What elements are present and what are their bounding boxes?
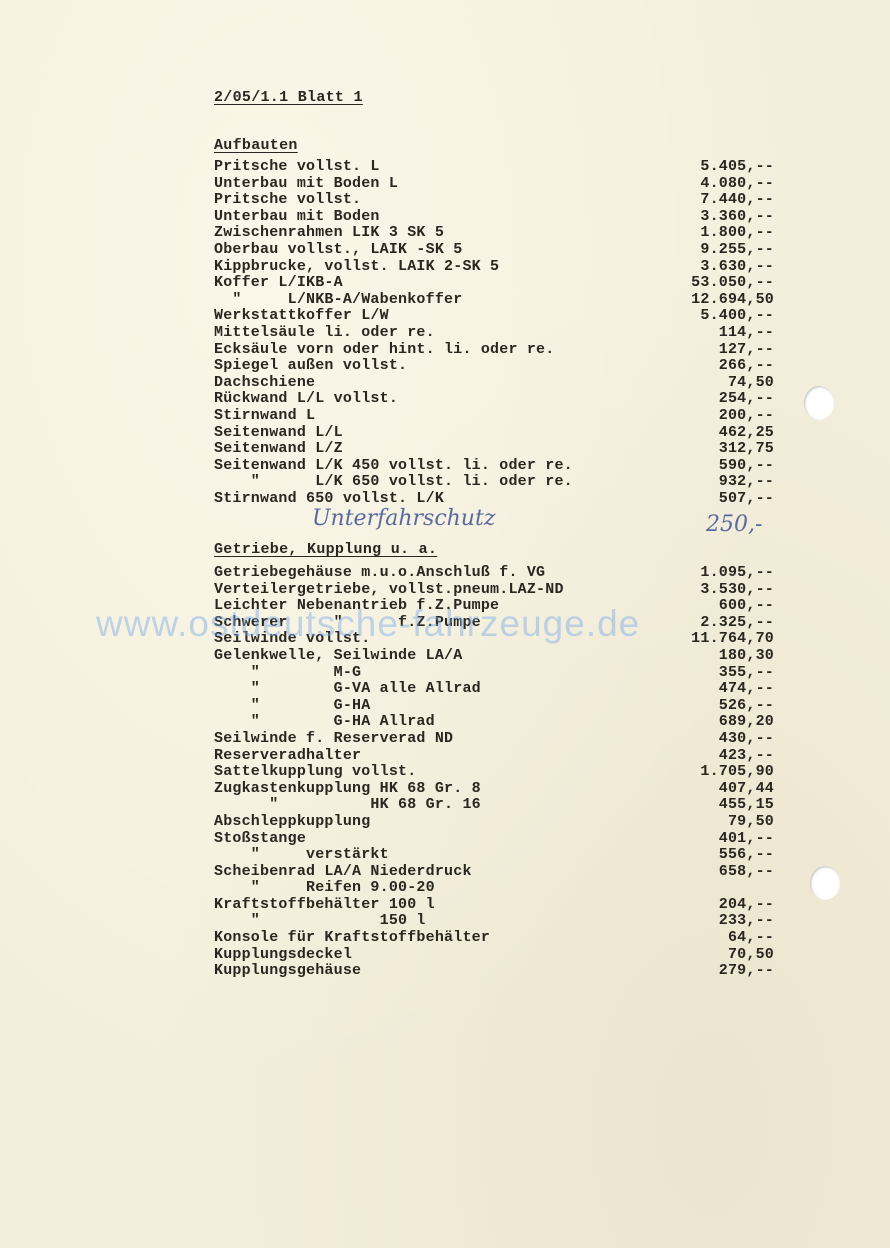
list-item: Oberbau vollst., LAIK -SK 59.255,-- [214, 242, 774, 259]
punch-hole-bottom [810, 866, 840, 900]
item-price: 204,-- [719, 897, 774, 914]
item-price: 3.530,-- [700, 582, 774, 599]
item-price: 127,-- [719, 342, 774, 359]
item-description: Pritsche vollst. L [214, 159, 380, 176]
list-item: " L/NKB-A/Wabenkoffer12.694,50 [214, 292, 774, 309]
list-item: Seitenwand L/L462,25 [214, 425, 774, 442]
list-item: Zugkastenkupplung HK 68 Gr. 8407,44 [214, 781, 774, 798]
list-item: Stirnwand 650 vollst. L/K507,-- [214, 491, 774, 508]
item-description: Kupplungsgehäuse [214, 963, 361, 980]
item-price: 312,75 [719, 441, 774, 458]
list-item: Unterbau mit Boden3.360,-- [214, 209, 774, 226]
item-description: Spiegel außen vollst. [214, 358, 407, 375]
item-description: " verstärkt [214, 847, 389, 864]
list-item: Pritsche vollst. L5.405,-- [214, 159, 774, 176]
list-item: Dachschiene74,50 [214, 375, 774, 392]
item-price: 689,20 [719, 714, 774, 731]
list-item: Kippbrucke, vollst. LAIK 2-SK 53.630,-- [214, 259, 774, 276]
item-description: Koffer L/IKB-A [214, 275, 343, 292]
item-description: Scheibenrad LA/A Niederdruck [214, 864, 472, 881]
list-item: Seitenwand L/Z312,75 [214, 441, 774, 458]
item-description: Ecksäule vorn oder hint. li. oder re. [214, 342, 554, 359]
list-item: " 150 l233,-- [214, 913, 774, 930]
list-item: Kraftstoffbehälter 100 l204,-- [214, 897, 774, 914]
list-item: " HK 68 Gr. 16455,15 [214, 797, 774, 814]
item-description: Stirnwand 650 vollst. L/K [214, 491, 444, 508]
list-item: Seitenwand L/K 450 vollst. li. oder re.5… [214, 458, 774, 475]
item-price: 430,-- [719, 731, 774, 748]
list-item: Stirnwand L200,-- [214, 408, 774, 425]
list-item: " L/K 650 vollst. li. oder re.932,-- [214, 474, 774, 491]
item-description: Getriebegehäuse m.u.o.Anschluß f. VG [214, 565, 545, 582]
item-description: " G-VA alle Allrad [214, 681, 481, 698]
watermark: www.ostdeutsche-fahrzeuge.de [96, 603, 640, 645]
item-price: 254,-- [719, 391, 774, 408]
item-price: 462,25 [719, 425, 774, 442]
item-description: Kupplungsdeckel [214, 947, 352, 964]
item-description: Pritsche vollst. [214, 192, 361, 209]
item-price: 507,-- [719, 491, 774, 508]
item-description: Reserveradhalter [214, 748, 361, 765]
list-item: Seilwinde f. Reserverad ND430,-- [214, 731, 774, 748]
item-description: Unterbau mit Boden [214, 209, 380, 226]
item-description: " M-G [214, 665, 361, 682]
item-description: " G-HA Allrad [214, 714, 435, 731]
item-description: Seitenwand L/K 450 vollst. li. oder re. [214, 458, 573, 475]
list-item: " Reifen 9.00-20 [214, 880, 774, 897]
list-item: Rückwand L/L vollst.254,-- [214, 391, 774, 408]
item-price: 1.095,-- [700, 565, 774, 582]
item-price: 11.764,70 [691, 631, 774, 648]
list-item: " G-HA526,-- [214, 698, 774, 715]
item-price: 180,30 [719, 648, 774, 665]
item-description: " Reifen 9.00-20 [214, 880, 435, 897]
item-price: 590,-- [719, 458, 774, 475]
item-price: 423,-- [719, 748, 774, 765]
item-description: Kippbrucke, vollst. LAIK 2-SK 5 [214, 259, 499, 276]
item-price: 5.400,-- [700, 308, 774, 325]
list-item: Pritsche vollst.7.440,-- [214, 192, 774, 209]
item-description: Verteilergetriebe, vollst.pneum.LAZ-ND [214, 582, 564, 599]
section-heading-getriebe: Getriebe, Kupplung u. a. [214, 541, 437, 558]
item-price: 401,-- [719, 831, 774, 848]
item-price: 53.050,-- [691, 275, 774, 292]
item-price: 12.694,50 [691, 292, 774, 309]
item-description: Zugkastenkupplung HK 68 Gr. 8 [214, 781, 481, 798]
item-description: Unterbau mit Boden L [214, 176, 398, 193]
list-item: Unterbau mit Boden L4.080,-- [214, 176, 774, 193]
item-description: Stirnwand L [214, 408, 315, 425]
item-price: 455,15 [719, 797, 774, 814]
list-item: Spiegel außen vollst.266,-- [214, 358, 774, 375]
list-item: Stoßstange401,-- [214, 831, 774, 848]
list-item: Gelenkwelle, Seilwinde LA/A180,30 [214, 648, 774, 665]
item-description: " L/NKB-A/Wabenkoffer [214, 292, 462, 309]
list-item: Zwischenrahmen LIK 3 SK 51.800,-- [214, 225, 774, 242]
punch-hole-top [804, 386, 834, 420]
item-price: 658,-- [719, 864, 774, 881]
item-description: Rückwand L/L vollst. [214, 391, 398, 408]
item-price: 64,-- [728, 930, 774, 947]
list-item: " verstärkt556,-- [214, 847, 774, 864]
item-price: 200,-- [719, 408, 774, 425]
item-description: " G-HA [214, 698, 370, 715]
list-item: Reserveradhalter423,-- [214, 748, 774, 765]
item-price: 4.080,-- [700, 176, 774, 193]
section-heading-aufbauten: Aufbauten [214, 137, 298, 154]
item-description: Oberbau vollst., LAIK -SK 5 [214, 242, 462, 259]
item-description: Seitenwand L/L [214, 425, 343, 442]
item-price: 279,-- [719, 963, 774, 980]
price-list-aufbauten: Pritsche vollst. L5.405,--Unterbau mit B… [214, 159, 774, 507]
list-item: Getriebegehäuse m.u.o.Anschluß f. VG1.09… [214, 565, 774, 582]
list-item: Ecksäule vorn oder hint. li. oder re.127… [214, 342, 774, 359]
item-description: Dachschiene [214, 375, 315, 392]
item-price: 5.405,-- [700, 159, 774, 176]
item-description: Sattelkupplung vollst. [214, 764, 416, 781]
item-price: 9.255,-- [700, 242, 774, 259]
list-item: " G-HA Allrad689,20 [214, 714, 774, 731]
item-description: Konsole für Kraftstoffbehälter [214, 930, 490, 947]
item-description: Seilwinde f. Reserverad ND [214, 731, 453, 748]
item-description: Zwischenrahmen LIK 3 SK 5 [214, 225, 444, 242]
item-price: 1.705,90 [700, 764, 774, 781]
item-price: 266,-- [719, 358, 774, 375]
list-item: " G-VA alle Allrad474,-- [214, 681, 774, 698]
list-item: " M-G355,-- [214, 665, 774, 682]
list-item: Kupplungsdeckel70,50 [214, 947, 774, 964]
list-item: Mittelsäule li. oder re.114,-- [214, 325, 774, 342]
item-price: 79,50 [728, 814, 774, 831]
item-description: Seitenwand L/Z [214, 441, 343, 458]
item-price: 3.630,-- [700, 259, 774, 276]
item-price: 7.440,-- [700, 192, 774, 209]
item-description: Mittelsäule li. oder re. [214, 325, 435, 342]
item-price: 70,50 [728, 947, 774, 964]
item-description: Werkstattkoffer L/W [214, 308, 389, 325]
item-price: 600,-- [719, 598, 774, 615]
item-description: Gelenkwelle, Seilwinde LA/A [214, 648, 462, 665]
list-item: Koffer L/IKB-A53.050,-- [214, 275, 774, 292]
item-price: 407,44 [719, 781, 774, 798]
list-item: Sattelkupplung vollst.1.705,90 [214, 764, 774, 781]
list-item: Verteilergetriebe, vollst.pneum.LAZ-ND3.… [214, 582, 774, 599]
item-price: 1.800,-- [700, 225, 774, 242]
item-price: 233,-- [719, 913, 774, 930]
item-price: 932,-- [719, 474, 774, 491]
list-item: Konsole für Kraftstoffbehälter64,-- [214, 930, 774, 947]
handwritten-note-price: 250,- [706, 512, 762, 537]
document-reference: 2/05/1.1 Blatt 1 [214, 89, 363, 106]
list-item: Scheibenrad LA/A Niederdruck658,-- [214, 864, 774, 881]
item-price: 355,-- [719, 665, 774, 682]
item-description: Abschleppkupplung [214, 814, 370, 831]
list-item: Abschleppkupplung79,50 [214, 814, 774, 831]
item-price: 526,-- [719, 698, 774, 715]
item-price: 556,-- [719, 847, 774, 864]
item-price: 74,50 [728, 375, 774, 392]
item-description: " L/K 650 vollst. li. oder re. [214, 474, 573, 491]
item-description: Kraftstoffbehälter 100 l [214, 897, 435, 914]
item-description: Stoßstange [214, 831, 306, 848]
item-price: 3.360,-- [700, 209, 774, 226]
item-description: " HK 68 Gr. 16 [214, 797, 481, 814]
list-item: Kupplungsgehäuse279,-- [214, 963, 774, 980]
handwritten-note-desc: Unterfahrschutz [312, 506, 495, 531]
item-price: 2.325,-- [700, 615, 774, 632]
list-item: Werkstattkoffer L/W5.400,-- [214, 308, 774, 325]
item-price: 474,-- [719, 681, 774, 698]
item-description: " 150 l [214, 913, 426, 930]
item-price: 114,-- [719, 325, 774, 342]
